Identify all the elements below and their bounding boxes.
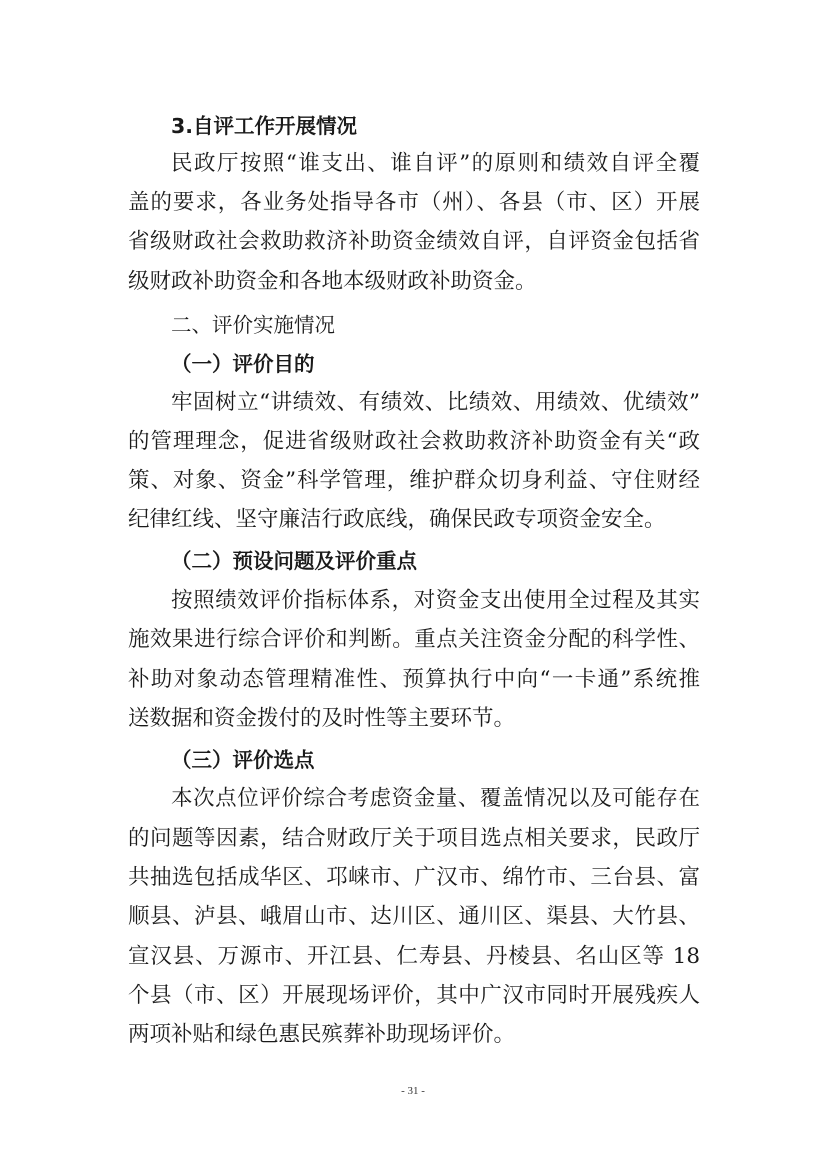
paragraph-line: 牢固树立“讲绩效、有绩效、比绩效、用绩效、优绩效” — [171, 389, 700, 417]
paragraph-line: 盖的要求，各业务处指导各市（州）、各县（市、区）开展 — [128, 189, 700, 217]
paragraph-line: 共抽选包括成华区、邛崃市、广汉市、绵竹市、三台县、富 — [128, 864, 700, 892]
part-heading: 二、评价实施情况 — [171, 311, 700, 339]
paragraph-line: 的管理理念，促进省级财政社会救助救济补助资金有关“政 — [128, 428, 700, 456]
paragraph-line: 宣汉县、万源市、开江县、仁寿县、丹棱县、名山区等 18 — [128, 943, 700, 971]
paragraph-line: 的问题等因素，结合财政厅关于项目选点相关要求，民政厅 — [128, 825, 700, 853]
page-number: - 31 - — [0, 1085, 826, 1097]
paragraph-line: 补助对象动态管理精准性、预算执行中向“一卡通”系统推 — [128, 666, 700, 694]
paragraph-line: 施效果进行综合评价和判断。重点关注资金分配的科学性、 — [128, 626, 700, 654]
paragraph-line: 省级财政社会救助救济补助资金绩效自评，自评资金包括省 — [128, 228, 700, 256]
subsection-heading: （三）评价选点 — [171, 746, 700, 774]
paragraph-line: 民政厅按照“谁支出、谁自评”的原则和绩效自评全覆 — [171, 150, 700, 178]
paragraph-line: 策、对象、资金”科学管理，维护群众切身利益、守住财经 — [128, 467, 700, 495]
paragraph-line: 按照绩效评价指标体系，对资金支出使用全过程及其实 — [171, 587, 700, 615]
paragraph-line: 个县（市、区）开展现场评价，其中广汉市同时开展残疾人 — [128, 982, 700, 1010]
subsection-heading: （二）预设问题及评价重点 — [171, 547, 700, 575]
paragraph-line: 本次点位评价综合考虑资金量、覆盖情况以及可能存在 — [171, 785, 700, 813]
section-heading: 3.自评工作开展情况 — [171, 112, 700, 140]
paragraph-line: 纪律红线、坚守廉洁行政底线，确保民政专项资金安全。 — [128, 506, 700, 534]
document-page: 3.自评工作开展情况 民政厅按照“谁支出、谁自评”的原则和绩效自评全覆 盖的要求… — [0, 0, 826, 1169]
paragraph-line: 顺县、泸县、峨眉山市、达川区、通川区、渠县、大竹县、 — [128, 903, 700, 931]
paragraph-line: 两项补贴和绿色惠民殡葬补助现场评价。 — [128, 1021, 700, 1049]
subsection-heading: （一）评价目的 — [171, 350, 700, 378]
paragraph-line: 级财政补助资金和各地本级财政补助资金。 — [128, 268, 700, 296]
paragraph-line: 送数据和资金拨付的及时性等主要环节。 — [128, 705, 700, 733]
